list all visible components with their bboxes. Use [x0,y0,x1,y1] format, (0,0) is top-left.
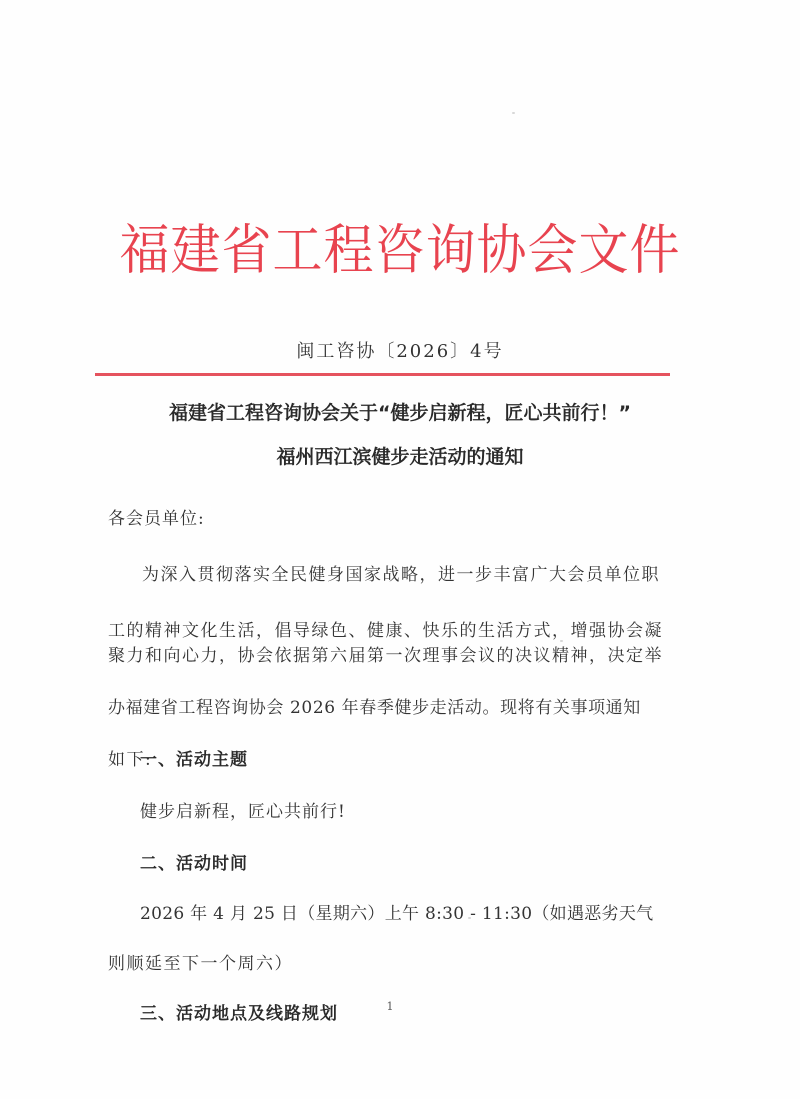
section-heading-time: 二、活动时间 [140,853,248,875]
section-heading-theme: 一、活动主题 [140,749,248,771]
notice-title-line-2: 福州西江滨健步走活动的通知 [0,444,800,470]
scan-speck [512,112,515,114]
document-page: 福建省工程咨询协会文件 闽工咨协〔2026〕4号 福建省工程咨询协会关于“健步启… [0,0,800,1099]
scan-speck [560,640,563,642]
intro-line: 办福建省工程咨询协会 2026 年春季健步走活动。现将有关事项通知 [108,697,641,719]
notice-title-line-1: 福建省工程咨询协会关于“健步启新程，匠心共前行！” [0,400,800,426]
document-header-title: 福建省工程咨询协会文件 [0,215,800,284]
document-number: 闽工咨协〔2026〕4号 [0,340,800,364]
page-number: 1 [380,1000,400,1013]
salutation: 各会员单位: [108,508,205,530]
scan-speck [468,917,471,919]
intro-line: 聚力和向心力，协会依据第六届第一次理事会议的决议精神，决定举 [108,645,663,667]
section-text-time: 2026 年 4 月 25 日（星期六）上午 8:30 - 11:30（如遇恶劣… [140,903,653,925]
section-text-time: 则顺延至下一个周六） [108,953,293,975]
section-text-theme: 健步启新程，匠心共前行! [140,801,346,823]
section-heading-location: 三、活动地点及线路规划 [140,1003,338,1025]
red-header-rule [95,373,670,376]
intro-line: 工的精神文化生活，倡导绿色、健康、快乐的生活方式，增强协会凝 [108,620,663,642]
intro-line: 为深入贯彻落实全民健身国家战略，进一步丰富广大会员单位职 [142,564,660,586]
